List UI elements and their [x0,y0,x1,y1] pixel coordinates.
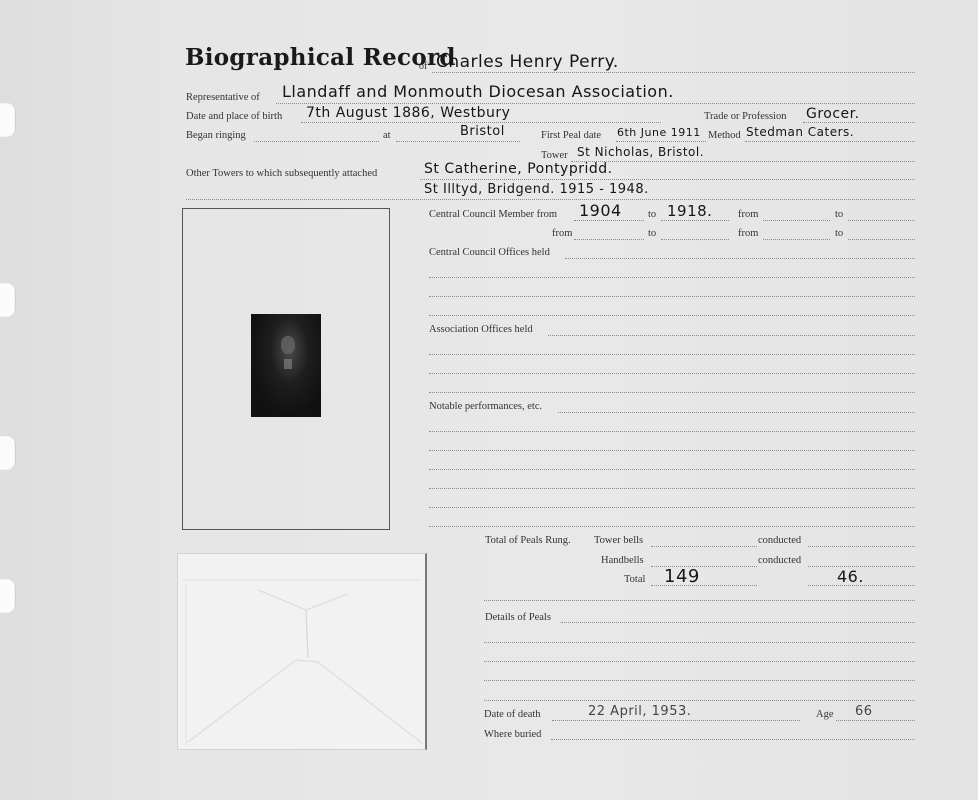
association-offices-line [548,335,915,336]
method-line [745,141,915,142]
cc-from-label-3: from [552,228,572,239]
other-towers-line-2 [186,199,915,200]
other-towers-value-1: St Catherine, Pontypridd. [424,161,613,177]
ruled-line [484,680,915,681]
cc-member-label: Central Council Member from [429,209,557,220]
notable-performances-label: Notable performances, etc. [429,401,542,412]
first-peal-label: First Peal date [541,130,601,141]
handbells-label: Handbells [601,555,644,566]
total-peals-label: Total of Peals Rung. [485,535,571,546]
peals-conducted-value: 46. [837,567,864,586]
birth-line [301,122,661,123]
tower-label: Tower [541,150,568,161]
tower-line [571,161,915,162]
cc-to-line-4 [848,239,915,240]
ruled-line [429,296,915,297]
cc-to-label-4: to [835,228,843,239]
date-of-death-label: Date of death [484,709,541,720]
tower-bells-line [651,546,757,547]
cc-to-line-2 [848,220,915,221]
cc-offices-label: Central Council Offices held [429,247,550,258]
other-towers-line-1 [420,179,915,180]
ruled-line [429,373,915,374]
association-offices-label: Association Offices held [429,324,533,335]
tower-value: St Nicholas, Bristol. [577,145,704,159]
where-buried-label: Where buried [484,729,541,740]
ruled-line [429,392,915,393]
began-ringing-line [254,141,379,142]
cc-from-label-4: from [738,228,758,239]
envelope-flap-icon [178,554,426,749]
trade-line [803,122,915,123]
representative-value: Llandaff and Monmouth Diocesan Associati… [282,82,674,101]
form-title: Biographical Record [185,44,456,71]
ruled-line [429,277,915,278]
handbells-conducted-label: conducted [758,555,801,566]
representative-line [276,103,915,104]
cc-to-line-1 [661,220,729,221]
date-of-death-line [552,720,800,721]
began-at-line [396,141,520,142]
peals-total-value: 149 [664,566,700,587]
name-line [432,72,915,73]
cc-from-line-4 [763,239,830,240]
age-label: Age [816,709,834,720]
details-of-peals-label: Details of Peals [485,612,551,623]
cc-to-line-3 [661,239,729,240]
ruled-line [484,661,915,662]
envelope-back [177,553,427,750]
cc-to-value: 1918. [667,202,712,220]
cc-from-line-3 [574,239,644,240]
ruled-line [429,315,915,316]
tower-bells-label: Tower bells [594,535,643,546]
details-of-peals-line [561,622,915,623]
ruled-line [429,354,915,355]
portrait-photo [251,314,321,417]
cc-from-value: 1904 [579,201,622,220]
first-peal-value: 6th June 1911 [617,126,701,139]
ruled-line [484,600,915,601]
method-label: Method [708,130,741,141]
binder-hole [0,103,16,137]
other-towers-value-2: St Illtyd, Bridgend. 1915 - 1948. [424,182,649,197]
birth-value: 7th August 1886, Westbury [306,105,510,121]
tower-bells-conducted-label: conducted [758,535,801,546]
cc-from-line-1 [574,220,644,221]
record-page: Biographical Record of Charles Henry Per… [0,0,978,800]
other-towers-label: Other Towers to which subsequently attac… [186,168,377,179]
binder-hole [0,579,16,613]
ruled-line [429,488,915,489]
trade-label: Trade or Profession [704,111,786,122]
total-label: Total [624,574,645,585]
age-line [836,720,915,721]
birth-label: Date and place of birth [186,111,282,122]
where-buried-line [551,739,915,740]
began-ringing-label: Began ringing [186,130,246,141]
binder-hole [0,436,16,470]
date-of-death-value: 22 April, 1953. [588,704,691,719]
ruled-line [429,450,915,451]
cc-offices-line [565,258,915,259]
age-value: 66 [855,704,873,719]
ruled-line [429,469,915,470]
cc-to-label-3: to [648,228,656,239]
cc-from-line-2 [763,220,830,221]
ringer-name: Charles Henry Perry. [436,52,619,72]
at-label: at [383,130,391,141]
ruled-line [429,507,915,508]
ruled-line [484,642,915,643]
ruled-line [484,700,915,701]
trade-value: Grocer. [806,106,860,122]
binder-hole [0,283,16,317]
ruled-line [429,526,915,527]
cc-to-label-1: to [648,209,656,220]
began-at-value: Bristol [460,124,505,139]
ruled-line [429,431,915,432]
tower-bells-conducted-line [808,546,915,547]
first-peal-line [616,141,706,142]
representative-label: Representative of [186,92,260,103]
method-value: Stedman Caters. [746,125,854,139]
title-of-label: of [419,61,427,72]
notable-performances-line [558,412,915,413]
cc-to-label-2: to [835,209,843,220]
cc-from-label-2: from [738,209,758,220]
